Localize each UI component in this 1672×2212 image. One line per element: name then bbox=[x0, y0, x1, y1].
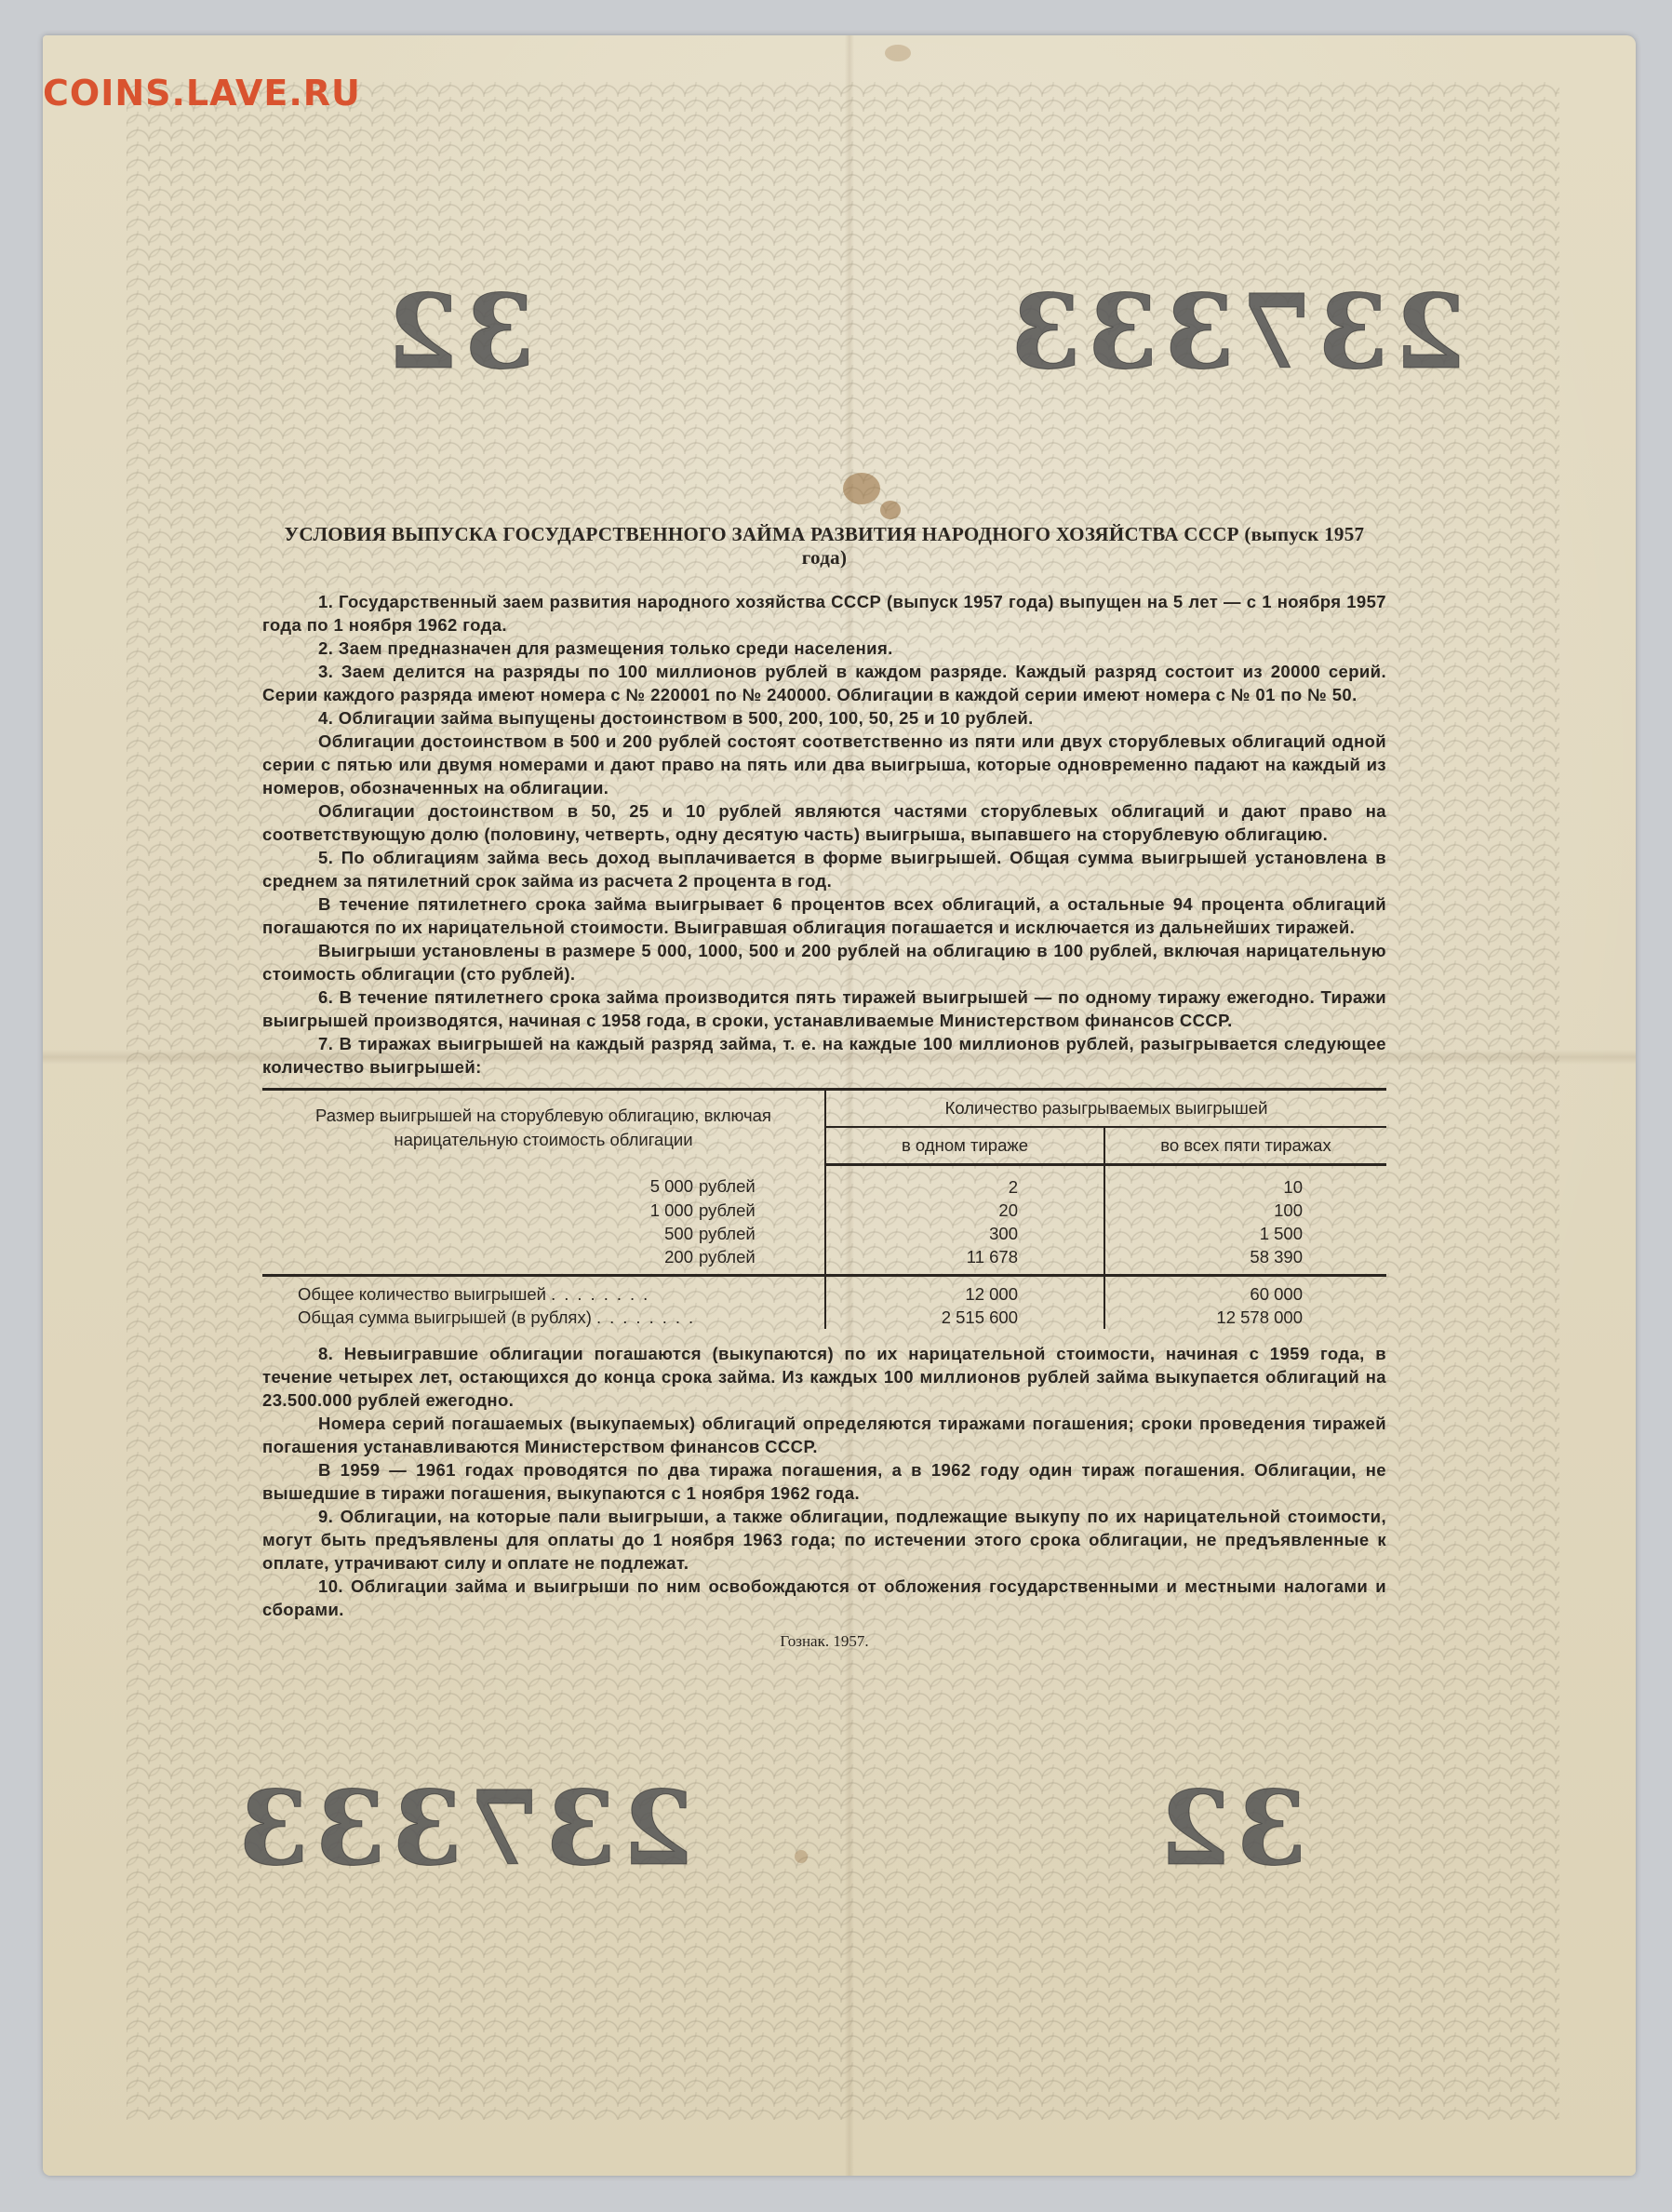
prize-size-cell: 5 000рублей bbox=[262, 1165, 825, 1200]
one-draw-cell: 11 678 bbox=[825, 1245, 1104, 1276]
one-draw-cell: 2 bbox=[825, 1165, 1104, 1200]
table-total-row: Общая сумма выигрышей (в рублях) .......… bbox=[262, 1306, 1386, 1329]
all-draws-cell: 100 bbox=[1104, 1199, 1386, 1222]
col-header-prize-size: Размер выигрышей на сторублевую облигаци… bbox=[262, 1090, 825, 1165]
condition-paragraph: Выигрыши установлены в размере 5 000, 10… bbox=[262, 939, 1386, 985]
one-draw-cell: 300 bbox=[825, 1222, 1104, 1245]
all-draws-cell: 1 500 bbox=[1104, 1222, 1386, 1245]
condition-paragraph: Облигации достоинством в 50, 25 и 10 руб… bbox=[262, 799, 1386, 846]
condition-paragraph: В 1959 — 1961 годах проводятся по два ти… bbox=[262, 1458, 1386, 1505]
all-draws-cell: 10 bbox=[1104, 1165, 1386, 1200]
condition-paragraph: 9. Облигации, на которые пали выигрыши, … bbox=[262, 1505, 1386, 1575]
document-title: УСЛОВИЯ ВЫПУСКА ГОСУДАРСТВЕННОГО ЗАЙМА Р… bbox=[262, 523, 1386, 570]
condition-paragraph: В течение пятилетнего срока займа выигры… bbox=[262, 892, 1386, 939]
stain bbox=[843, 473, 880, 504]
one-draw-cell: 2 515 600 bbox=[825, 1306, 1104, 1329]
stain bbox=[885, 45, 911, 61]
total-label-cell: Общее количество выигрышей ........ bbox=[262, 1276, 825, 1307]
series-number-mirrored: 32 bbox=[1154, 1768, 1307, 1888]
condition-paragraph: Номера серий погашаемых (выкупаемых) обл… bbox=[262, 1412, 1386, 1458]
condition-paragraph: 6. В течение пятилетнего срока займа про… bbox=[262, 985, 1386, 1032]
conditions-after-table: 8. Невыигравшие облигации погашаются (вы… bbox=[262, 1342, 1386, 1621]
conditions-before-table: 1. Государственный заем развития народно… bbox=[262, 590, 1386, 1079]
all-draws-cell: 12 578 000 bbox=[1104, 1306, 1386, 1329]
condition-paragraph: 3. Заем делится на разряды по 100 миллио… bbox=[262, 660, 1386, 706]
col-header-all-draws: во всех пяти тиражах bbox=[1104, 1127, 1386, 1165]
condition-paragraph: 1. Государственный заем развития народно… bbox=[262, 590, 1386, 637]
condition-paragraph: 8. Невыигравшие облигации погашаются (вы… bbox=[262, 1342, 1386, 1412]
prize-size-cell: 200рублей bbox=[262, 1245, 825, 1276]
all-draws-cell: 60 000 bbox=[1104, 1276, 1386, 1307]
col-group-header: Количество разыгрываемых выигрышей bbox=[825, 1090, 1386, 1128]
prize-size-cell: 1 000рублей bbox=[262, 1199, 825, 1222]
stain bbox=[880, 501, 901, 519]
prize-size-cell: 500рублей bbox=[262, 1222, 825, 1245]
total-label-cell: Общая сумма выигрышей (в рублях) .......… bbox=[262, 1306, 825, 1329]
condition-paragraph: 10. Облигации займа и выигрыши по ним ос… bbox=[262, 1575, 1386, 1621]
bond-number-mirrored: 237333 bbox=[1005, 272, 1465, 392]
printer-mark: Гознак. 1957. bbox=[262, 1632, 1386, 1651]
table-row: 500рублей3001 500 bbox=[262, 1222, 1386, 1245]
condition-paragraph: 5. По облигациям займа весь доход выплач… bbox=[262, 846, 1386, 892]
condition-paragraph: 4. Облигации займа выпущены достоинством… bbox=[262, 706, 1386, 730]
table-total-row: Общее количество выигрышей ........12 00… bbox=[262, 1276, 1386, 1307]
site-watermark: COINS.LAVE.RU bbox=[43, 73, 361, 114]
col-header-one-draw: в одном тираже bbox=[825, 1127, 1104, 1165]
all-draws-cell: 58 390 bbox=[1104, 1245, 1386, 1276]
series-number-mirrored: 32 bbox=[381, 272, 535, 392]
winnings-body: 5 000рублей2101 000рублей20100500рублей3… bbox=[262, 1165, 1386, 1330]
table-row: 1 000рублей20100 bbox=[262, 1199, 1386, 1222]
condition-paragraph: Облигации достоинством в 500 и 200 рубле… bbox=[262, 730, 1386, 799]
table-row: 5 000рублей210 bbox=[262, 1165, 1386, 1200]
one-draw-cell: 12 000 bbox=[825, 1276, 1104, 1307]
condition-paragraph: 2. Заем предназначен для размещения толь… bbox=[262, 637, 1386, 660]
condition-paragraph: 7. В тиражах выигрышей на каждый разряд … bbox=[262, 1032, 1386, 1079]
loan-conditions: УСЛОВИЯ ВЫПУСКА ГОСУДАРСТВЕННОГО ЗАЙМА Р… bbox=[262, 523, 1386, 1651]
one-draw-cell: 20 bbox=[825, 1199, 1104, 1222]
bond-number-mirrored: 237333 bbox=[233, 1768, 693, 1888]
winnings-table: Размер выигрышей на сторублевую облигаци… bbox=[262, 1088, 1386, 1329]
table-row: 200рублей11 67858 390 bbox=[262, 1245, 1386, 1276]
stain bbox=[795, 1850, 808, 1863]
